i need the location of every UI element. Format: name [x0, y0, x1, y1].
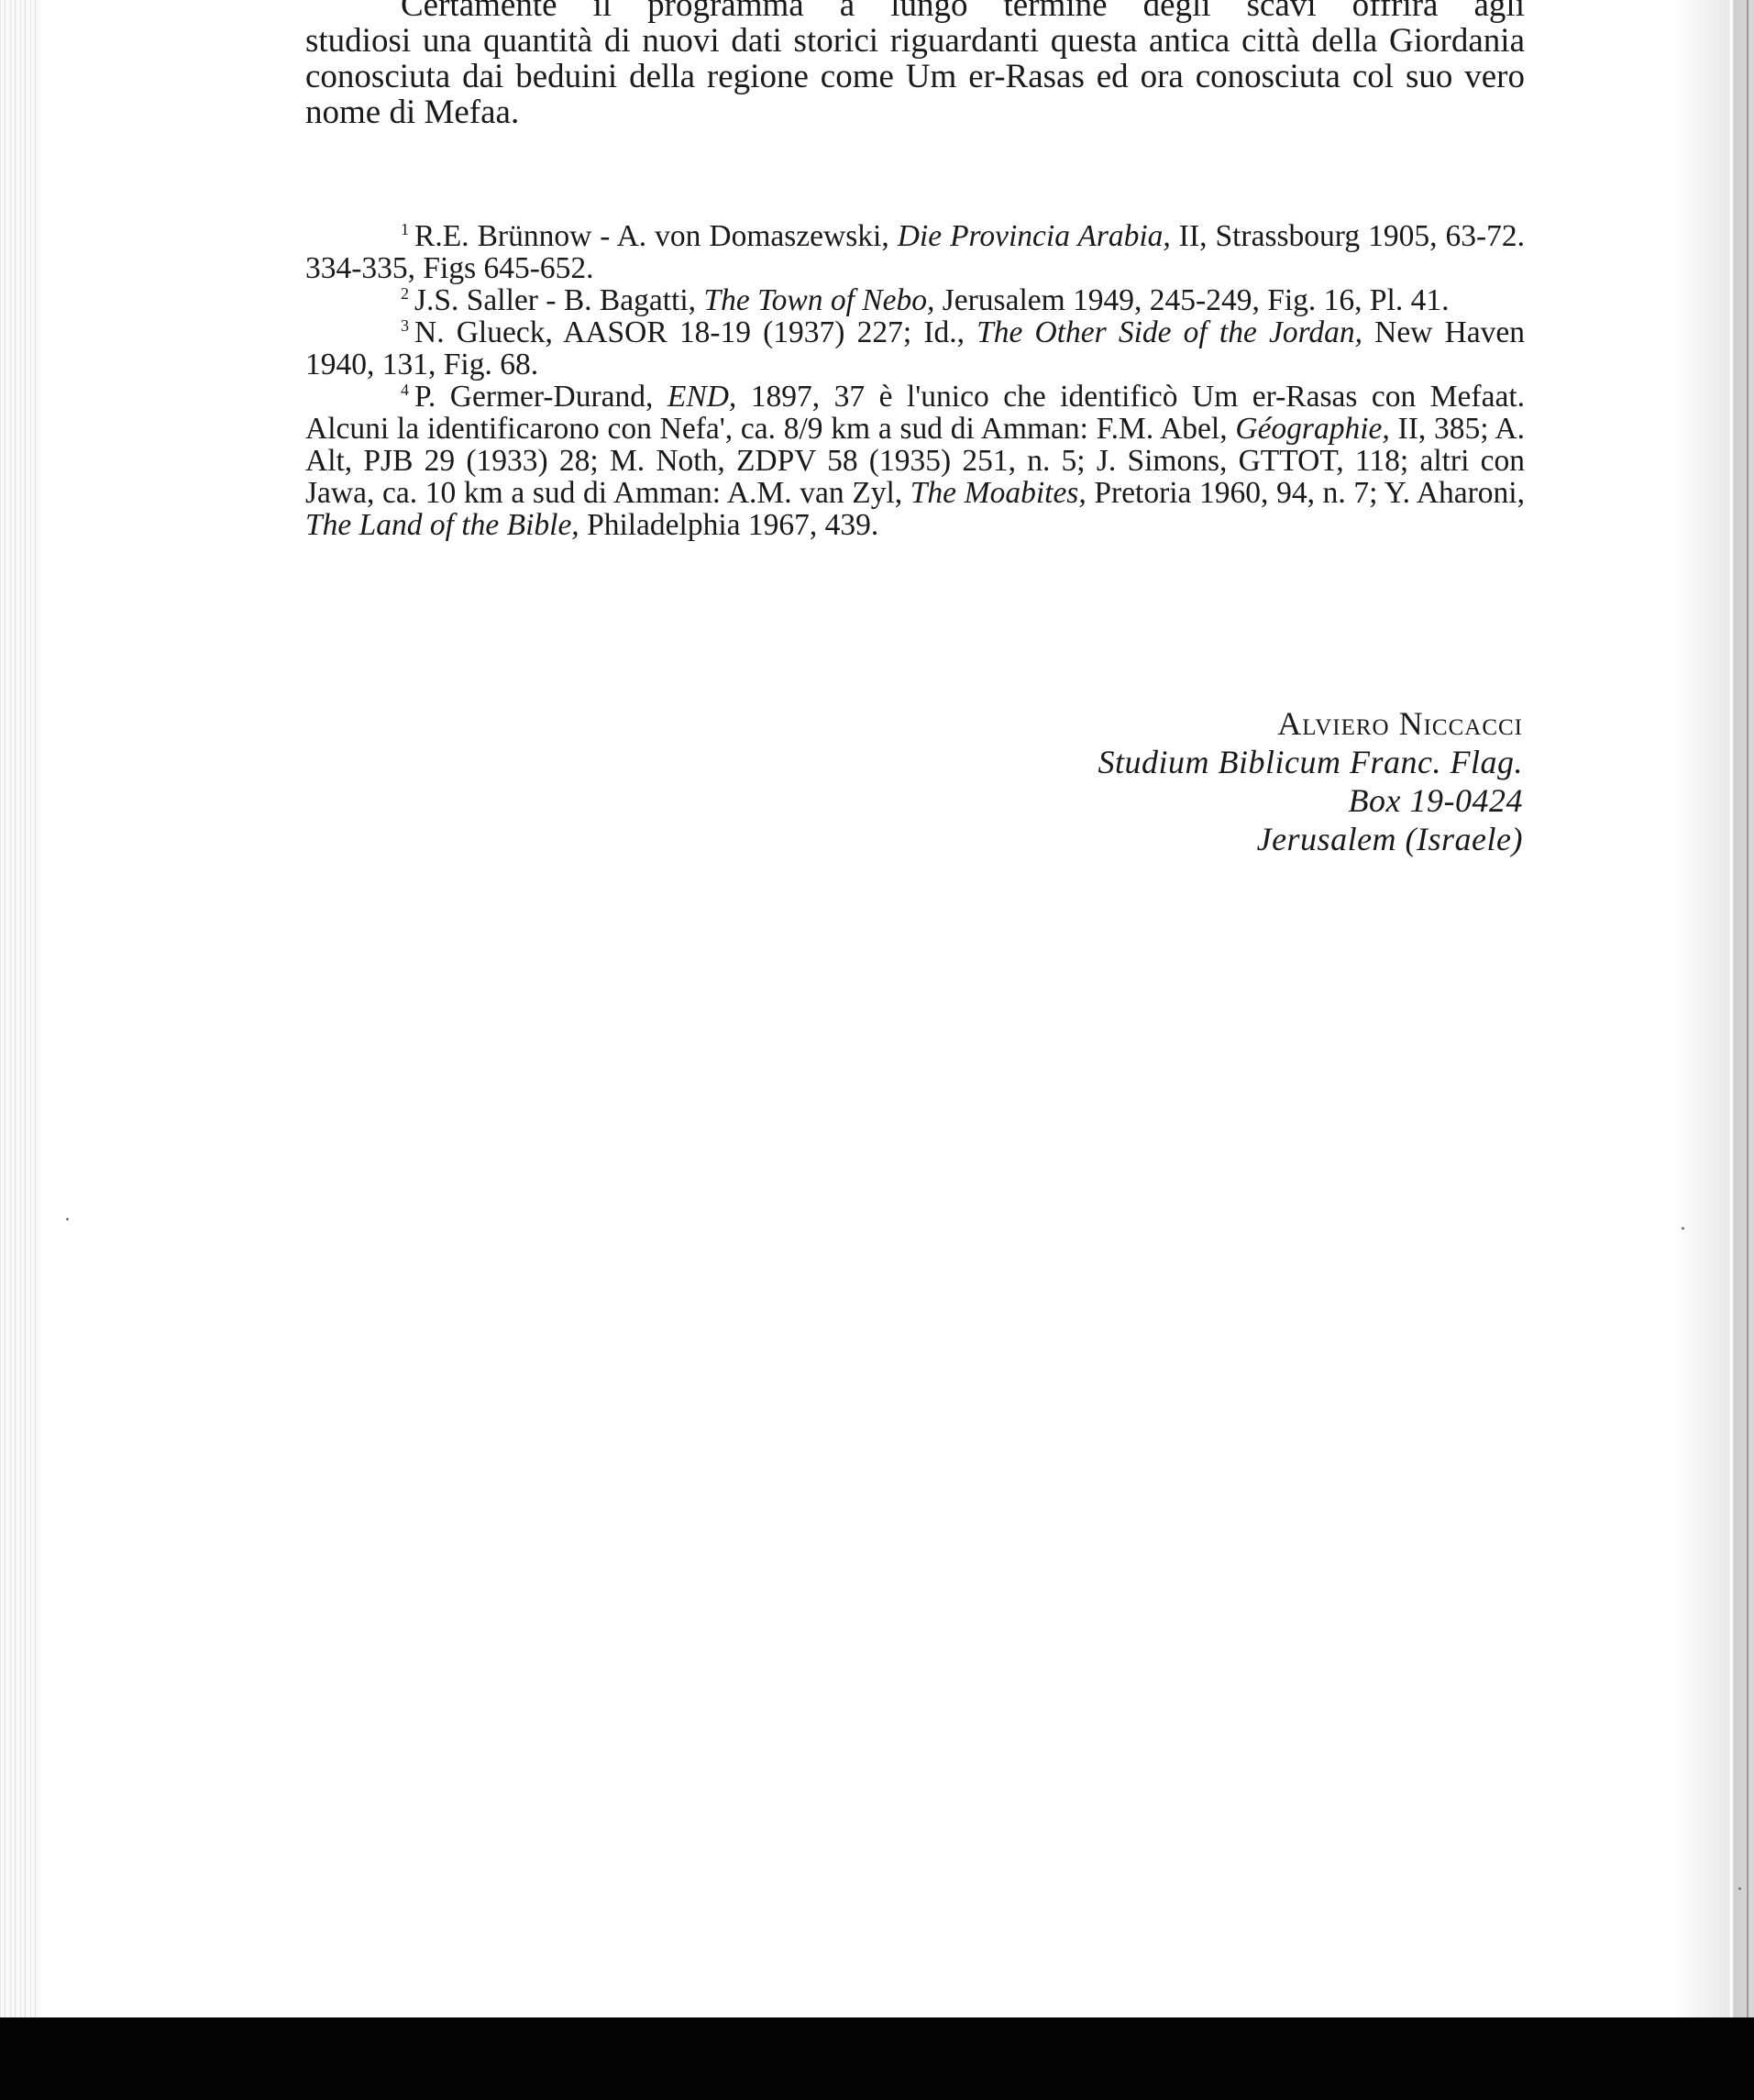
- scanner-bed-edge: [0, 2017, 1754, 2100]
- author-postbox: Box 19-0424: [1098, 781, 1523, 820]
- cited-title: END,: [667, 380, 736, 414]
- footnote-4: 4P. Germer-Durand, END, 1897, 37 è l'uni…: [305, 381, 1525, 541]
- footnote-1: 1R.E. Brünnow - A. von Domaszewski, Die …: [305, 220, 1525, 284]
- author-city: Jerusalem (Israele): [1098, 820, 1523, 858]
- footnote-number: 2: [401, 284, 409, 303]
- cited-title: The Town of Nebo,: [703, 283, 934, 317]
- footnote-number: 1: [401, 220, 409, 238]
- footnote-text: Philadelphia 1967, 439.: [579, 508, 879, 542]
- author-name: Alviero Niccacci: [1098, 704, 1523, 743]
- footnote-number: 3: [401, 316, 409, 335]
- scan-speck: [1738, 1887, 1741, 1890]
- cited-title: The Moabites,: [910, 476, 1087, 510]
- cited-title: The Land of the Bible,: [305, 508, 579, 542]
- scanned-page: Certamente il programma a lungo termine …: [0, 0, 1754, 2017]
- footnote-text: J.S. Saller - B. Bagatti,: [414, 283, 703, 317]
- footnote-text: R.E. Brünnow - A. von Domaszewski,: [414, 219, 898, 253]
- author-institution: Studium Biblicum Franc. Flag.: [1098, 743, 1523, 781]
- author-signature: Alviero Niccacci Studium Biblicum Franc.…: [1098, 704, 1523, 858]
- cited-title: Die Provincia Arabia,: [898, 219, 1171, 253]
- left-binding-edge: [0, 0, 40, 2017]
- footnote-text: Pretoria 1960, 94, n. 7; Y. Aharoni,: [1087, 476, 1525, 510]
- paragraph-first-line: Certamente il programma a lungo termine …: [305, 0, 1525, 23]
- cited-title: Géographie,: [1235, 412, 1389, 446]
- right-page-edge: [1747, 0, 1748, 2017]
- footnotes: 1R.E. Brünnow - A. von Domaszewski, Die …: [305, 220, 1525, 541]
- footnote-2: 2J.S. Saller - B. Bagatti, The Town of N…: [305, 284, 1525, 316]
- closing-paragraph: Certamente il programma a lungo termine …: [305, 0, 1525, 130]
- right-page-shadow: [1671, 0, 1754, 2017]
- footnote-text: P. Germer-Durand,: [414, 380, 667, 414]
- cited-title: The Other Side of the Jordan,: [976, 315, 1362, 349]
- footnote-text: N. Glueck, AASOR 18-19 (1937) 227; Id.,: [414, 315, 976, 349]
- footnote-number: 4: [401, 381, 409, 399]
- paragraph-continuation: studiosi una quantità di nuovi dati stor…: [305, 23, 1525, 130]
- scan-speck: [66, 1218, 69, 1221]
- footnote-text: Jerusalem 1949, 245-249, Fig. 16, Pl. 41…: [934, 283, 1449, 317]
- scan-speck: [1682, 1227, 1684, 1230]
- footnote-3: 3N. Glueck, AASOR 18-19 (1937) 227; Id.,…: [305, 316, 1525, 381]
